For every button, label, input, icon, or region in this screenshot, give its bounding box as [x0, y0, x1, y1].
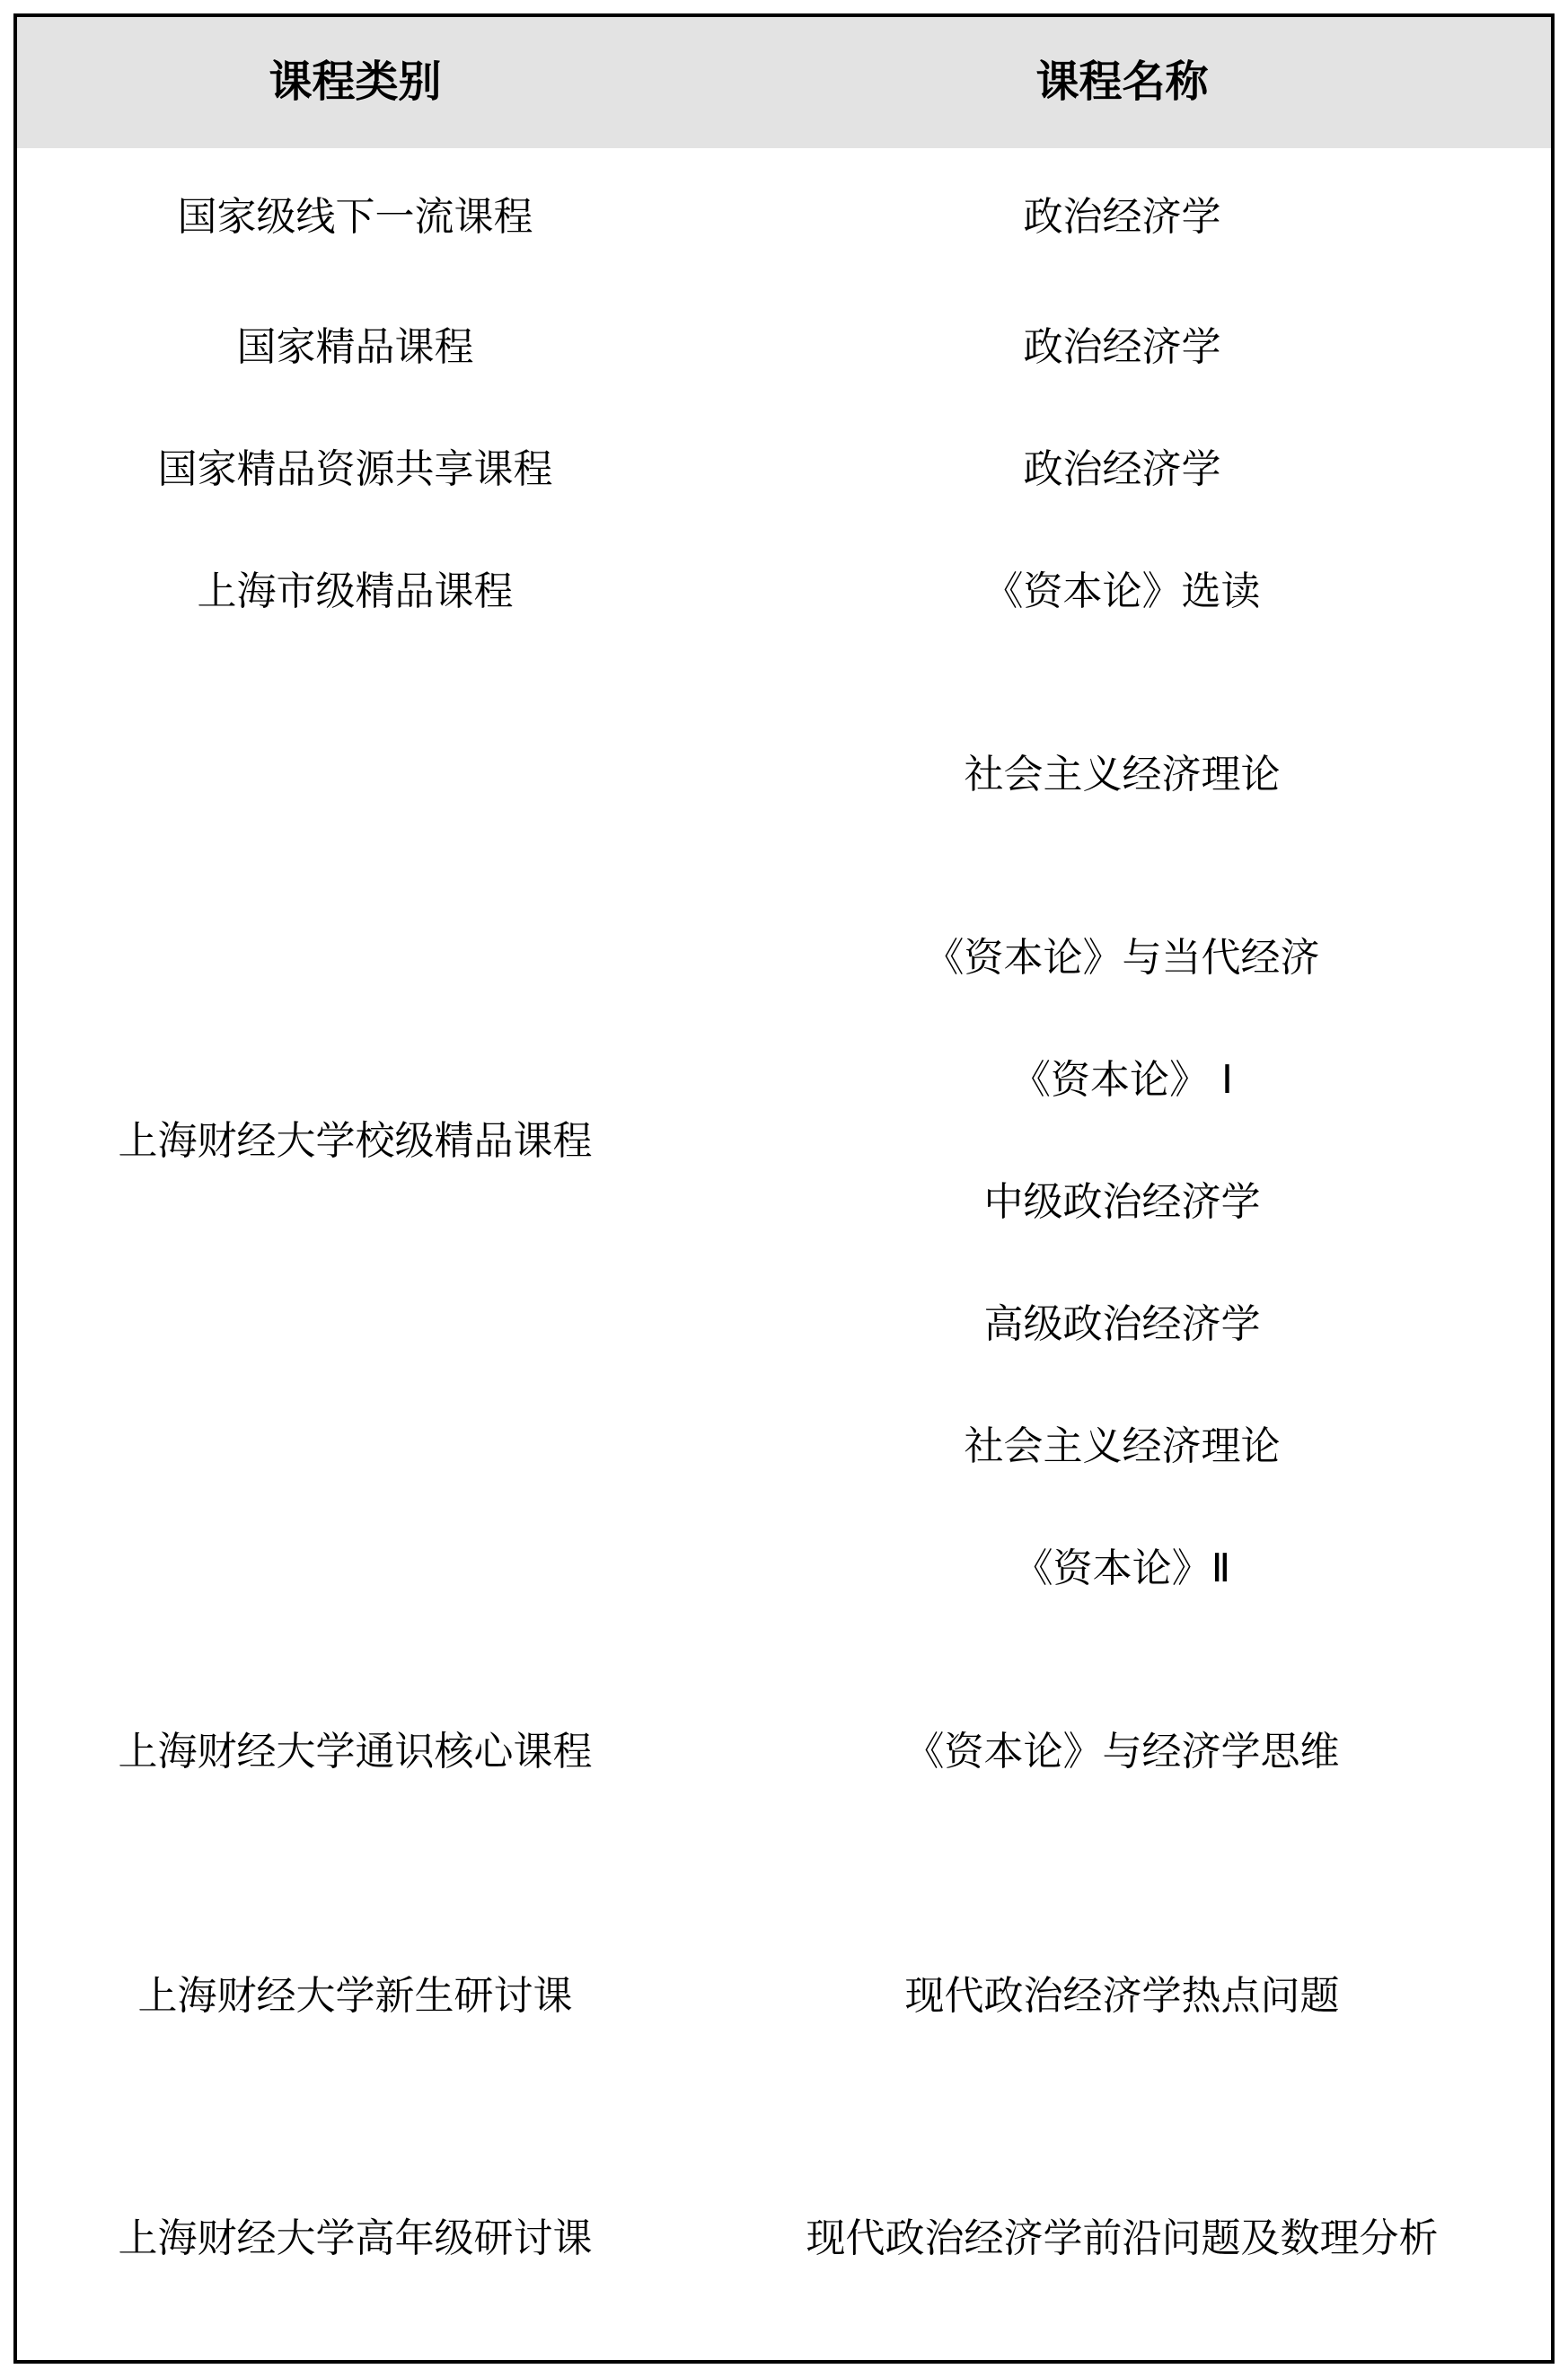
category-cell: 国家精品资源共享课程: [13, 409, 697, 534]
category-cell: 上海财经大学高年级研讨课: [13, 2118, 697, 2364]
course-cell: 政治经济学: [693, 286, 1555, 412]
course-cell: 《资本论》Ⅱ: [693, 1508, 1555, 1634]
header-course-name: 课程名称: [693, 13, 1555, 152]
course-cell: 政治经济学: [693, 148, 1555, 290]
header-course-category: 课程类别: [13, 13, 697, 152]
course-cell: 政治经济学: [693, 409, 1555, 534]
category-label: 上海财经大学新生研讨课: [138, 1973, 573, 2021]
category-label: 上海市级精品课程: [198, 568, 514, 616]
course-label: 社会主义经济理论: [965, 752, 1281, 799]
category-label: 国家级线下一流课程: [178, 194, 533, 242]
course-cell: 《资本论》选读: [693, 531, 1555, 656]
category-cell-merged: 上海财经大学校级精品课程: [13, 653, 697, 1634]
header-course-category-label: 课程类别: [269, 57, 441, 109]
course-cell: 《资本论》与当代经济: [693, 897, 1555, 1023]
course-cell: 高级政治经济学: [693, 1264, 1555, 1389]
course-table: 课程类别 课程名称 国家级线下一流课程 政治经济学 国家精品课程 政治经济学 国…: [13, 13, 1555, 2364]
course-label: 现代政治经济学前沿问题及数理分析: [806, 2215, 1439, 2263]
category-cell: 国家精品课程: [13, 286, 697, 412]
course-cell: 《资本论》与经济学思维: [693, 1630, 1555, 1878]
course-cell: 《资本论》 Ⅰ: [693, 1019, 1555, 1145]
category-label: 上海财经大学通识核心课程: [119, 1729, 593, 1776]
course-label: 《资本论》Ⅱ: [1014, 1546, 1231, 1593]
course-label: 政治经济学: [1024, 194, 1221, 242]
course-label: 《资本论》 Ⅰ: [1011, 1057, 1233, 1105]
course-cell: 社会主义经济理论: [693, 1386, 1555, 1511]
course-label: 《资本论》与经济学思维: [905, 1729, 1340, 1776]
category-label: 国家精品课程: [237, 324, 474, 372]
course-cell: 现代政治经济学前沿问题及数理分析: [693, 2118, 1555, 2364]
course-label: 社会主义经济理论: [965, 1423, 1281, 1471]
course-label: 高级政治经济学: [984, 1301, 1261, 1349]
header-course-name-label: 课程名称: [1035, 57, 1208, 109]
category-cell: 上海财经大学通识核心课程: [13, 1630, 697, 1878]
category-label: 上海财经大学高年级研讨课: [119, 2215, 593, 2263]
course-label: 《资本论》与当代经济: [925, 935, 1320, 982]
course-cell: 现代政治经济学热点问题: [693, 1874, 1555, 2122]
course-label: 中级政治经济学: [984, 1179, 1261, 1227]
course-label: 政治经济学: [1024, 446, 1221, 494]
category-cell: 上海财经大学新生研讨课: [13, 1874, 697, 2122]
course-cell: 中级政治经济学: [693, 1141, 1555, 1267]
category-label: 国家精品资源共享课程: [158, 446, 553, 494]
category-cell: 上海市级精品课程: [13, 531, 697, 656]
course-cell: 社会主义经济理论: [693, 653, 1555, 901]
category-label: 上海财经大学校级精品课程: [119, 1118, 593, 1166]
category-cell: 国家级线下一流课程: [13, 148, 697, 290]
course-label: 《资本论》选读: [984, 568, 1261, 616]
course-label: 政治经济学: [1024, 324, 1221, 372]
course-label: 现代政治经济学热点问题: [905, 1973, 1340, 2021]
